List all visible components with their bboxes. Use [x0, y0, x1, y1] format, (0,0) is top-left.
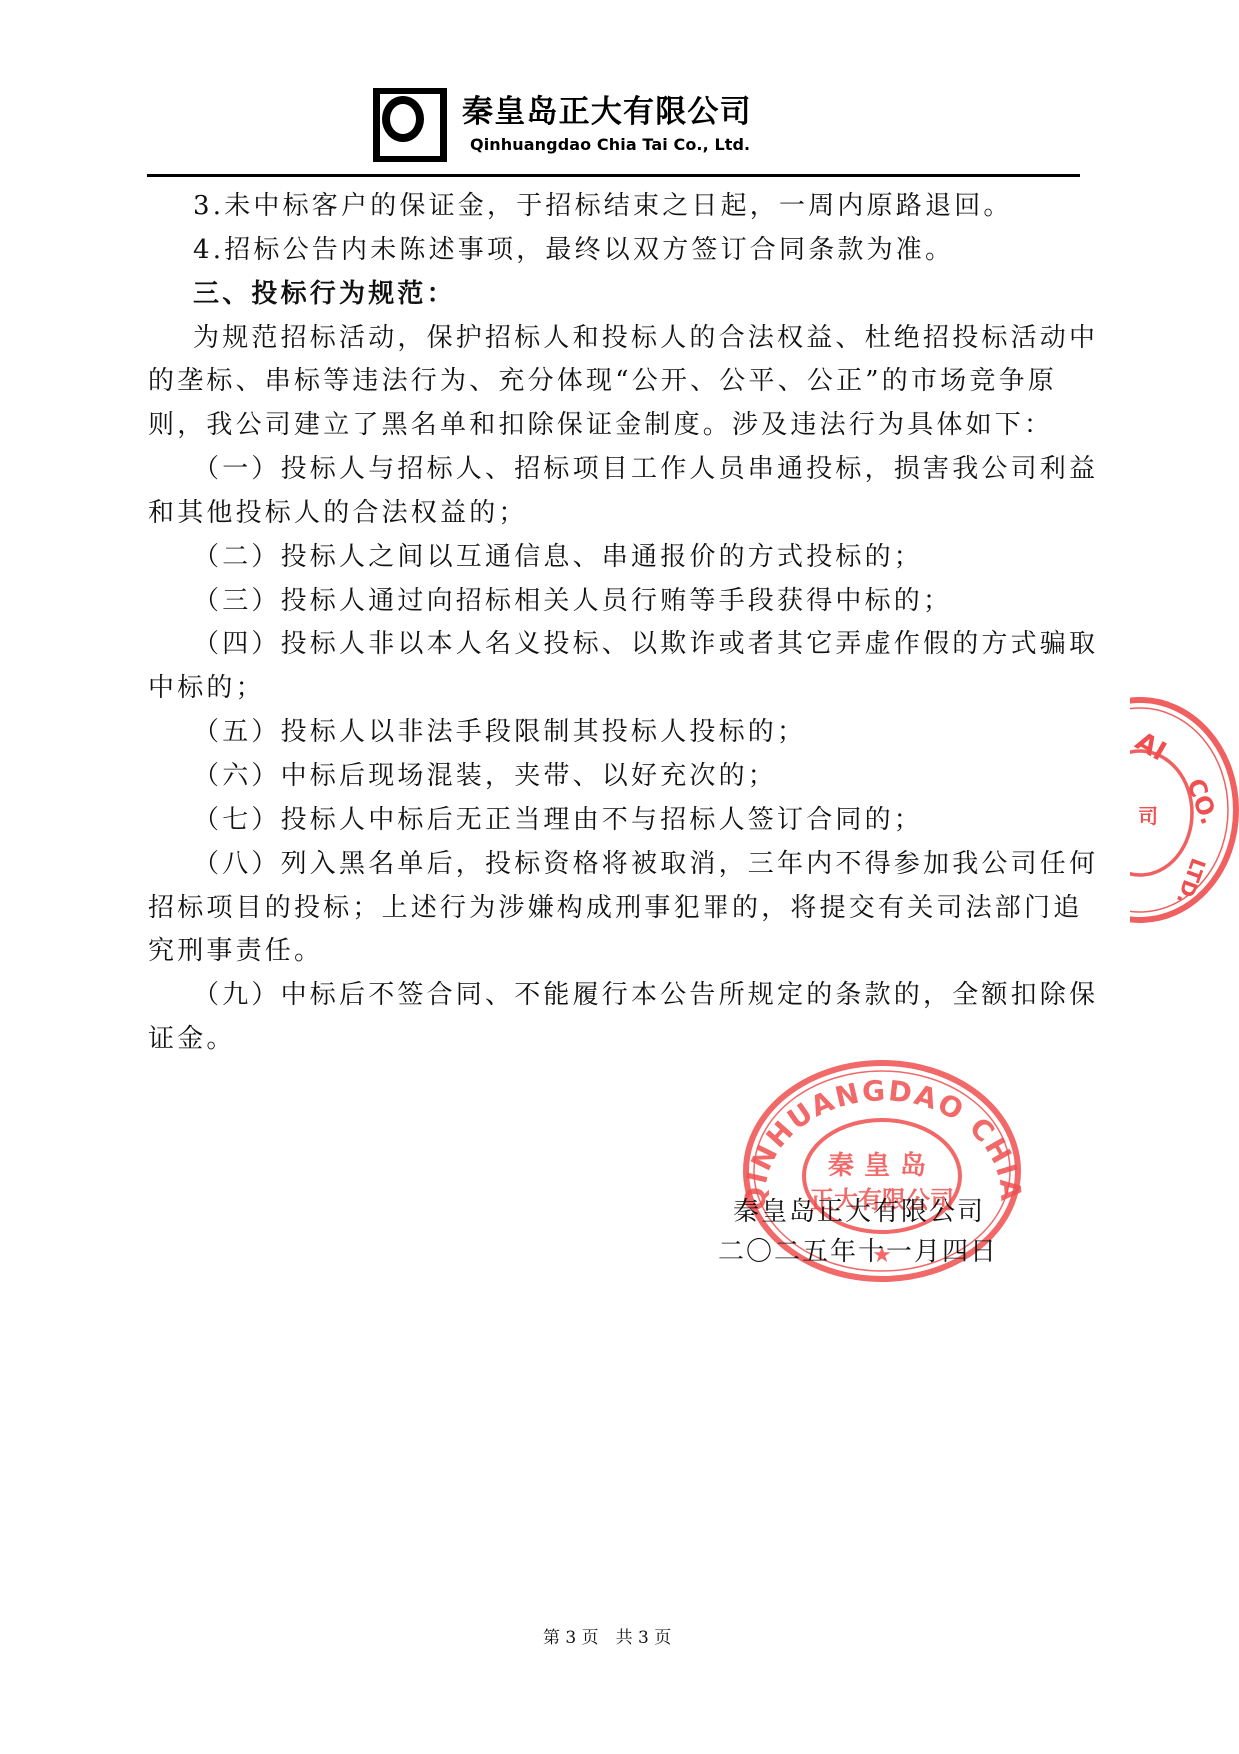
paragraph-line: （八）列入黑名单后，投标资格将被取消，三年内不得参加我公司任何: [148, 843, 1093, 887]
paragraph-line: 4.招标公告内未陈述事项，最终以双方签订合同条款为准。: [148, 229, 1093, 273]
section-heading: 三、投标行为规范：: [148, 273, 1093, 317]
signature-company: 秦皇岛正大有限公司: [733, 1195, 985, 1229]
svg-text:CO.: CO.: [1181, 775, 1223, 828]
paragraph-line: （五）投标人以非法手段限制其投标人投标的；: [148, 711, 1093, 755]
paragraph-line: （二）投标人之间以互通信息、串通报价的方式投标的；: [148, 536, 1093, 580]
paragraph-line: （四）投标人非以本人名义投标、以欺诈或者其它弄虚作假的方式骗取: [148, 623, 1093, 667]
paragraph-line: （六）中标后现场混装，夹带、以好充次的；: [148, 755, 1093, 799]
paragraph-line: 招标项目的投标；上述行为涉嫌构成刑事犯罪的，将提交有关司法部门追: [148, 887, 1093, 931]
paragraph-line: （一）投标人与招标人、招标项目工作人员串通投标，损害我公司利益: [148, 448, 1093, 492]
svg-text:司: 司: [1138, 804, 1158, 828]
page-number: 第 3 页 共 3 页: [543, 1626, 671, 1650]
company-logo: [373, 88, 447, 162]
paragraph-line: 证金。: [148, 1018, 1093, 1062]
paragraph-line: （七）投标人中标后无正当理由不与招标人签订合同的；: [148, 799, 1093, 843]
company-name-cn: 秦皇岛正大有限公司: [462, 92, 752, 132]
paragraph-line: 则，我公司建立了黑名单和扣除保证金制度。涉及违法行为具体如下：: [148, 404, 1093, 448]
document-body: 3.未中标客户的保证金，于招标结束之日起，一周内原路退回。4.招标公告内未陈述事…: [148, 185, 1093, 1062]
svg-text:秦皇岛: 秦皇岛: [828, 1150, 936, 1181]
paragraph-line: 3.未中标客户的保证金，于招标结束之日起，一周内原路退回。: [148, 185, 1093, 229]
partial-company-seal-icon: AI CO. LTD. 司: [1130, 695, 1239, 925]
company-name-en: Qinhuangdao Chia Tai Co., Ltd.: [470, 134, 750, 156]
paragraph-line: （三）投标人通过向招标相关人员行贿等手段获得中标的；: [148, 580, 1093, 624]
paragraph-line: 究刑事责任。: [148, 930, 1093, 974]
signature-date: 二〇二五年十一月四日: [718, 1235, 998, 1269]
header-rule: [147, 174, 1080, 177]
square-ring-logo-icon: [382, 96, 424, 142]
svg-text:LTD.: LTD.: [1172, 855, 1211, 908]
paragraph-line: （九）中标后不签合同、不能履行本公告所规定的条款的，全额扣除保: [148, 974, 1093, 1018]
paragraph-line: 中标的；: [148, 667, 1093, 711]
svg-text:AI: AI: [1130, 726, 1171, 767]
paragraph-line: 和其他投标人的合法权益的；: [148, 492, 1093, 536]
paragraph-line: 的垄标、串标等违法行为、充分体现“公开、公平、公正”的市场竞争原: [148, 360, 1093, 404]
paragraph-line: 为规范招标活动，保护招标人和投标人的合法权益、杜绝招投标活动中: [148, 317, 1093, 361]
